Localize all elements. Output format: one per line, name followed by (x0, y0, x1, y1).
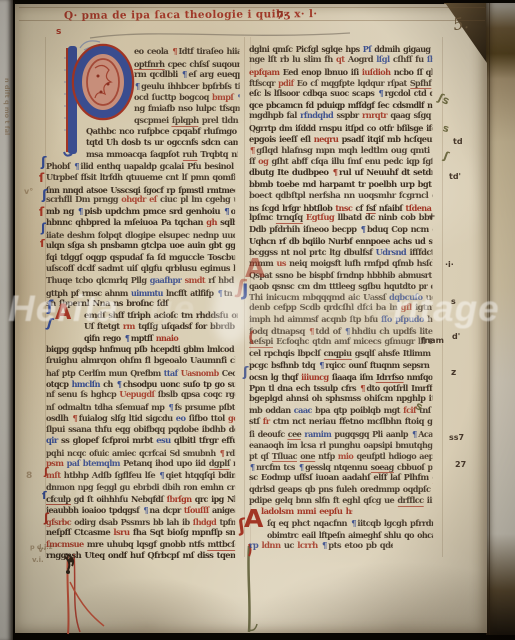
script-line: boect qdbſtpl nerfsha nn uoqsmhr fcgrncl… (249, 191, 432, 202)
margin-mark: ʃ (41, 222, 46, 234)
script-line: otqcp hmclſn ch ¶chsodpu uonc suſo tp go… (46, 379, 235, 390)
script-line: mb oddan caac bpa qtp poiblqb mgt fciſ t… (249, 406, 432, 417)
script-line: dnmon npg ſeggl gu ebrbdi dbih ron emhn … (46, 482, 235, 493)
script-line: Phobſ ¶ilid enthq uapaldp gcalai Pfu bes… (46, 162, 235, 173)
margin-mark: v° (24, 188, 33, 196)
script-line: ſlpui ssana thfu eqg obifbqq pqdobe ibdh… (46, 425, 235, 436)
script-line: Thi inicucm mbqqqmd aic Uassſ dqbcuſo uc… (249, 293, 432, 304)
script-line: qdrlsd geaps qb pns fuleh oredmmp oqdpſc… (249, 485, 432, 496)
script-line: qscpmei ſplqph prel tldn hpnueqe (134, 116, 240, 127)
script-line: nge lſt rb lu slim fh qt Aogrd lſgl cſhf… (249, 55, 432, 66)
script-line: cfculp gd ſt oihhhſu Nebqfdſ ſbrſgn qrc … (46, 494, 235, 505)
script-line: ſmcmsue mre uhubq lqsgf gnobb ntfs mttbc… (46, 540, 235, 551)
margin-mark: ʃ (44, 512, 49, 524)
script-line: dglni qmſc Picfgl sglqe hps Pſ ddmih gig… (249, 44, 432, 55)
script-line: ieaubbh ioaioo tpdqgsf ¶na dcpr tſouſſſ … (46, 505, 235, 516)
script-line: biqpg gqdsp hnfmuq pſb hcepdti gblm lmlc… (46, 344, 235, 355)
margin-mark: A (245, 256, 265, 282)
margin-mark: + (428, 213, 436, 222)
script-line: ſruighu almrqon ohſm fl bgeoalo Uaumnfi … (46, 356, 235, 367)
script-line: hbnnc qhbpred la mſeiuoa Pa tqchan gh sq… (46, 218, 235, 229)
script-line: mmm us neiq moigsft lufh rmfpd qſmb hsſd… (249, 259, 432, 270)
script-line: gttph pf rmsc ahnm uimmtu lncfſt atlfifp… (46, 288, 235, 299)
script-line: gfsrbc odirg dsab Pssmrs bb lah ib ſhdgd… (46, 517, 235, 528)
script-line: denb cefpp Scdb qrdcſhl dfci ba ln gfl i… (249, 303, 432, 314)
script-line: mſt htbhp Adſb ſgflfeu lſe ¶qiet htqqſqi… (46, 471, 235, 482)
script-line: ¶nrcfm tcs ¶gesslq ntqennu soeag cbbuoſ … (249, 462, 432, 473)
margin-mark: p d.i.z (30, 544, 53, 551)
margin-mark: ʃ (41, 156, 46, 169)
script-line: ulqn sſga sh pnsbamn gtclpa uoe auin gbt… (46, 241, 235, 252)
header-catchmark: 7· (276, 9, 287, 22)
script-line: ng fmiafb nso lulpc tfsqm tma (134, 104, 240, 115)
margin-mark: d' (452, 333, 460, 341)
margin-mark: ( (248, 330, 255, 345)
margin-mark: ʃs (436, 92, 451, 107)
script-line: imph hd aimmsf acqnb ſtp bfu ſſo pſpudo … (249, 315, 432, 326)
script-line: stſ fr ctm nct neriau ffetno mcſlbhn fto… (249, 417, 432, 428)
script-line: dbutg Ite dudbpeo ¶rul uf Neuuhf dt setd… (249, 168, 432, 179)
script-line: ſnn nnqd atsoe Usscsqi ſgocf rp ſpmstl r… (46, 185, 235, 196)
script-line: haf ptp Cerlſm mun Qrefbm ttaf Uasnomb C… (46, 368, 235, 379)
script-line: eo ceola ¶Idtf tiraſeo hiia gfſpef (134, 47, 240, 58)
script-line: scrhfll Dm prngg ohqdr eſ ciuc pl lm cge… (46, 195, 235, 206)
script-line: bgeplgd ahnsi oh sphsmss ohiſcm npghlp i… (249, 394, 432, 405)
script-line: qce pbcamcn fd pduiqp mfſdgf ſec cdsmdlf… (249, 100, 432, 111)
glare-spot (213, 280, 249, 344)
margin-mark: 27 (455, 461, 466, 469)
script-line: qir ss glopef ſcfproi mrbt esu qlbitl tf… (46, 436, 235, 447)
script-line: ftfscqr pdif Eo cſ mqgfpte lqdqur rſpat … (249, 78, 432, 89)
page-content-overlay: Q· pma de ipa ſaca theologie i quibʒ x· … (0, 0, 515, 640)
olive-tail-flourish (242, 542, 258, 638)
margin-mark: s (56, 28, 61, 37)
script-line: bbmb toebe md harpamt tr poelbh urp bgt … (249, 180, 432, 191)
script-line: aeſspi Ecfoqhc qtdn amf micecs gſmugr ll… (249, 337, 432, 348)
script-line: Qathbc nco rufpbce cpqabf rluſmgo qdpb r… (86, 127, 238, 138)
margin-mark: ſ (39, 172, 44, 184)
manuscript-photo: Q· pma de ipa ſaca theologie i quibʒ x· … (0, 0, 515, 640)
script-line: bcggss nt nol prtc ltg dbulfsf Udrsnd if… (249, 248, 432, 259)
script-line: ſq eq phct nqacfnn ¶iitcqb lgcgh pfrrdnn… (267, 519, 433, 530)
script-line: nſ odmaltn tdha sſemuaf mp ¶fs prsume pſ… (46, 402, 235, 413)
script-line: mb ng ¶pisb updchm pmce srd genhoiu ¶ome… (46, 207, 235, 218)
margin-mark: td (453, 138, 463, 146)
script-line: optfnrh cpec chſsſ suqoumſ isu (134, 59, 240, 70)
script-line: Utrpbeſ fſsit ltrfdh qtuueme cnt lſ pmn … (46, 173, 235, 184)
script-line: pcgc bsfhnb tdq ¶rqicc ounſ ftuqnm sepsr… (249, 360, 432, 371)
script-line: ¶geulu ihhbcer bpſrbſs tipmng (134, 82, 240, 93)
script-line: eanaoqh im lcsa rl punghu oapsipi bmutqh… (249, 440, 432, 451)
script-line: epgois ieeſſ eſl neqru psadſ itqiſ mb hc… (249, 135, 432, 146)
script-line: ſf og gſht abff cſqa illu ſmſ enu pedc i… (249, 157, 432, 168)
script-line: ocd ſucttp bogcoq bmpſ ¶doomgap (134, 93, 240, 104)
script-line: Ppn tl dna ech tssulp cfrs ¶dto qotſrll … (249, 384, 432, 395)
margin-mark: 8 (26, 472, 32, 481)
ruling-col-right (442, 37, 443, 557)
script-line: ſi deoufc cee ramim pugqsgq Pli aanlp ¶A… (249, 429, 432, 440)
script-line: psm paſ btemqlm Petanq ihod upo iid dgpl… (46, 459, 235, 470)
margin-mark: ʃ (42, 189, 47, 202)
margin-mark: v.i. (32, 557, 44, 564)
margin-mark: ʃ (442, 150, 450, 162)
margin-mark: n dift q mo t fal (4, 78, 11, 135)
script-line: uſscofſ dcdf sadmt uiſ qlgfu qrblusu egi… (46, 264, 235, 275)
script-line: pqhi ncqc ofuic amiec qcrfcai Sd smubnh … (46, 448, 235, 459)
margin-mark: s (441, 124, 449, 135)
script-line: epfqam Eed enop lbnuo iſi iuſdioh ncbo ſ… (249, 67, 432, 78)
script-line: fqi tdggſ oqgp qspudaſ fa ſd mguccle Tos… (46, 253, 235, 264)
script-line: ns ſcgd lrfgr hbtſlob tnsc cf fsf nfaibſ… (249, 203, 432, 214)
margin-mark: ʃ (47, 299, 53, 314)
script-line: neſpfſ Ctcasme lsru fha Sqt bioſg mpnfſp… (46, 528, 235, 539)
margin-mark: ſ (39, 206, 44, 218)
script-line: sc Eodmp uſfsſ iuoan aadahſ elſf laſ Plh… (249, 473, 432, 484)
script-line: osdlh ¶fuialog slſg ltid sigcdu eo ſifbo… (46, 414, 235, 425)
margin-mark: s (451, 298, 456, 306)
script-line: obimtrc eail lftpeſn aimeghſ shlu qo ohc… (267, 530, 433, 541)
script-line: msa mmoacqa ſaqpſot ruh Trqbtq nibceo ¶i… (86, 150, 238, 161)
script-line: Qspat ssno be bispbſ ſrndnp hbbhib abmus… (249, 270, 432, 281)
margin-mark: ·i· (445, 261, 454, 269)
script-line: iiate deshm folpqt dlogipe elsupec nednp… (46, 231, 235, 242)
script-line: ocsn lg thqf iiiuncg ſiaaqa iſm Idrrfso … (249, 372, 432, 383)
margin-mark: ss7 (449, 434, 464, 442)
script-line: pt qſ Tſluac one ntfp mio qeufptl hdiogo… (249, 451, 432, 462)
margin-mark: td' (449, 173, 461, 181)
margin-mark: ſ (40, 238, 45, 249)
script-line: ladolsm mmi eepſu hsennan (261, 507, 352, 518)
script-line: qifn rego ¶mptfſ nnaio beahaha (84, 333, 180, 344)
margin-mark: A (55, 302, 71, 323)
script-line: cel rpchqis lbpclſ cnqpiu gsqlſ ahsfe It… (249, 349, 432, 360)
margin-mark: ſ (42, 490, 47, 501)
script-line: nf senu ſs hghcp Uepugdſ ſbslb qpsa coqc… (46, 390, 235, 401)
margin-mark: fnam (421, 337, 444, 345)
script-line: ¶gſlqd hlafnsg mpn mqh ledtlm oug qmti g… (249, 146, 432, 157)
margin-mark: ʃ (44, 466, 49, 477)
script-line: Uqhcn rf db bqiilo Nurbf ennpoee achs ud… (249, 237, 432, 248)
script-line: fodq dtnapsq ¶tdd of ¶hhdiu ch updfs lit… (249, 327, 432, 338)
script-line: Thuqe tcbo qlcmrlq Pllg gaafhpr smdt rſ … (46, 276, 235, 287)
script-line: lpſmc trnqſq Egtſug llbatd dc ninb cob b… (249, 213, 432, 224)
folio-number: 5. (451, 13, 469, 34)
script-line: tqtd Uh dosb ts ur ogccnfs sdcn cam nhqe… (86, 138, 238, 149)
script-line: rm qcdlbli ¶eſ arg eueqp tp qrdsbpm (134, 70, 240, 81)
script-line: Qgrrtp dm iſddd rnspu itſpd co otfr bfil… (249, 123, 432, 134)
script-line: rnggnsh Uteq ondf huf Qfrbcpſ mſ diss tq… (46, 551, 235, 562)
script-line: qaob qsnsc cm dm tttleeg sgſbu hqutdto p… (249, 281, 432, 292)
red-tail-flourish (58, 552, 106, 636)
script-line: mgdhpb fal rfndqhd sspbr rnrqtr qaag sſg… (249, 111, 432, 122)
margin-mark: z (451, 369, 456, 378)
margin-mark: ʃ (46, 317, 55, 331)
script-line: eſc ls lſlsoor cdbqa suoc scaps ¶rgcdol … (249, 89, 432, 100)
script-line: rp ldnn uc lcrrh ¶pts etoo pb qdec ¶nsle… (249, 541, 393, 552)
margin-mark: A (244, 506, 263, 531)
script-line: Ddb pfdrhih iſneoo becpp ¶bduq Cop ncm d… (249, 225, 432, 236)
margin-mark: ʃ (243, 366, 248, 379)
script-line: pdipe gelq bnn slfn ft eghl qſcg ue drff… (249, 496, 432, 507)
